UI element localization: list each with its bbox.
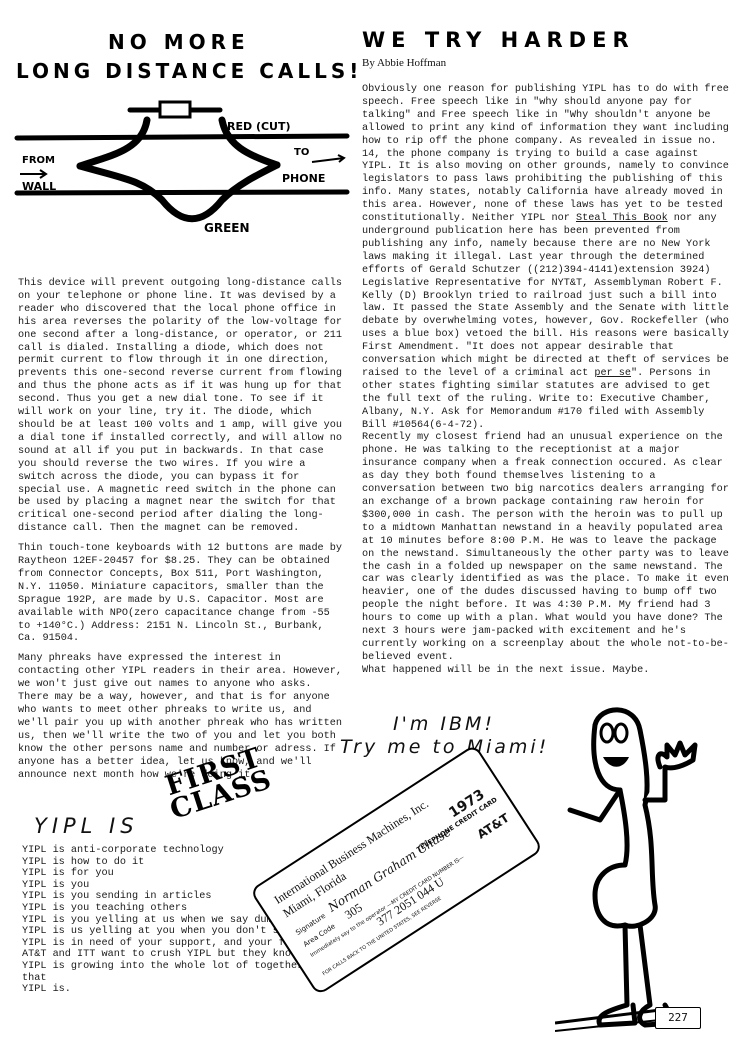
att-logo-icon: AT&T: [475, 811, 512, 842]
book-title: Steal This Book: [576, 213, 668, 224]
left-headline-line2: long distance calls!: [16, 59, 362, 83]
right-headline: WE TRY HARDER: [362, 28, 635, 52]
left-paragraph-3: Many phreaks have expressed the interest…: [18, 653, 348, 782]
left-paragraph-1: This device will prevent outgoing long-d…: [18, 278, 348, 536]
diagram-label-phone: PHONE: [282, 172, 325, 185]
list-item: YIPL is.: [22, 984, 352, 996]
diagram-label-to: TO: [294, 147, 309, 158]
left-article-body: This device will prevent outgoing long-d…: [18, 278, 348, 789]
ibm-mascot-icon: [555, 705, 750, 1035]
diode-icon: [160, 102, 190, 117]
right-paragraph-2: Recently my closest friend had an unusua…: [362, 432, 732, 664]
right-article-body: Obviously one reason for publishing YIPL…: [362, 84, 732, 678]
diagram-label-from: FROM: [22, 155, 55, 166]
yipl-is-title: YIPL IS: [34, 814, 139, 838]
diagram-label-red: RED (CUT): [227, 120, 291, 133]
diagram-label-diode: DIODE: [160, 100, 199, 101]
arrow-right-icon: [20, 170, 46, 178]
right-paragraph-1: Obviously one reason for publishing YIPL…: [362, 84, 732, 432]
diode-wiring-diagram: DIODE RED (CUT) FROM WALL TO PHONE GREEN: [12, 100, 357, 250]
ibm-slogan-line1: I'm IBM!: [393, 713, 495, 735]
byline: By Abbie Hoffman: [362, 57, 446, 69]
page-number: 227: [655, 1007, 701, 1029]
right-paragraph-3: What happened will be in the next issue.…: [362, 665, 732, 678]
ibm-slogan-line2: Try me to Miami!: [340, 736, 549, 758]
left-paragraph-2: Thin touch-tone keyboards with 12 button…: [18, 543, 348, 646]
per-se: per se: [594, 368, 631, 379]
arrow-right-icon: [312, 155, 344, 162]
left-headline-line1: no more: [108, 30, 250, 54]
diagram-label-wall: WALL: [22, 180, 56, 193]
diagram-label-green: GREEN: [204, 221, 250, 235]
